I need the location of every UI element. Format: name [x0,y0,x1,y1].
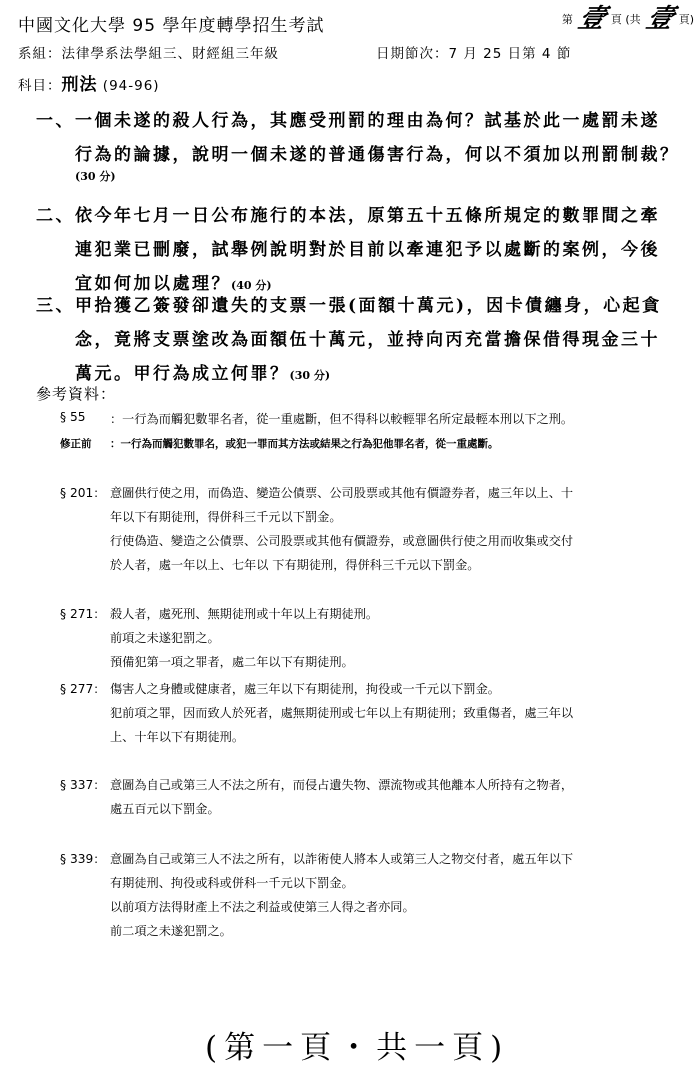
question-points: (30 分) [75,160,116,194]
page-middle: 頁 (共 [611,11,641,27]
article-line: 預備犯第一項之罪者，處二年以下有期徒刑。 [110,653,354,670]
question-points: (30 分) [290,369,331,382]
handwritten-page-number: 壹 [575,6,608,32]
subject-name: 刑法 [62,75,98,95]
question-number: 二、 [36,199,75,233]
question-number: 三、 [36,289,75,323]
subject-label: 科目： [18,78,62,94]
references-title: 參考資料： [36,383,116,404]
article-line: 以前項方法得財產上不法之利益或使第三人得之者亦同。 [110,898,415,915]
article-section: 修正前 [60,436,92,451]
handwritten-total-pages: 壹 [643,6,676,32]
article-line: ：一行為而觸犯數罪名者，從一重處斷，但不得科以較輕罪名所定最輕本刑以下之刑。 [110,410,573,427]
question-text: 萬元。甲行為成立何罪？ [75,364,290,384]
article-line: ：一行為而觸犯數罪名，或犯一罪而其方法或結果之行為犯他罪名者，從一重處斷。 [110,436,499,451]
article-line: 年以下有期徒刑，得併科三千元以下罰金。 [110,508,342,525]
article-line: 於人者，處一年以上、七年以 下有期徒刑，得併科三千元以下罰金。 [110,556,480,573]
exam-title: 中國文化大學 95 學年度轉學招生考試 [18,11,324,36]
question-number: 一、 [36,104,75,138]
article-line: 有期徒刑、拘役或科或併科一千元以下罰金。 [110,874,354,891]
article-line: 殺人者，處死刑、無期徒刑或十年以上有期徒刑。 [110,605,378,622]
page-footer: (第一頁・共一頁) [205,1022,509,1067]
article-line: 意圖供行使之用，而偽造、變造公債票、公司股票或其他有價證券者，處三年以上、十 [110,484,573,501]
question-line: 連犯業已刪廢，試舉例說明對於目前以牽連犯予以處斷的案例，今後 [75,233,660,267]
question-line: 行為的論據，說明一個未遂的普通傷害行為，何以不須加以刑罰制裁？ [75,138,680,172]
date-session: 日期節次：7 月 25 日第 4 節 [376,42,571,62]
article-line: 上、十年以下有期徒刑。 [110,728,244,745]
subject: 科目：刑法 (94-96) [18,70,160,95]
article-line: 前二項之未遂犯罰之。 [110,922,232,939]
article-section: § 201： [60,484,105,501]
article-section: § 271： [60,605,105,622]
article-line: 意圖為自己或第三人不法之所有，而侵占遺失物、漂流物或其他離本人所持有之物者， [110,776,573,793]
article-section: § 55 [60,410,85,424]
article-line: 前項之未遂犯罰之。 [110,629,220,646]
article-line: 處五百元以下罰金。 [110,800,220,817]
article-line: 意圖為自己或第三人不法之所有，以詐術使人將本人或第三人之物交付者，處五年以下 [110,850,573,867]
article-section: § 277： [60,680,105,697]
question-line: 念，竟將支票塗改為面額伍十萬元，並持向丙充當擔保借得現金三十 [75,323,660,357]
article-line: 犯前項之罪，因而致人於死者，處無期徒刑或七年以上有期徒刑；致重傷者，處三年以 [110,704,573,721]
page-suffix: 頁) [679,11,694,27]
article-line: 傷害人之身體或健康者，處三年以下有期徒刑，拘役或一千元以下罰金。 [110,680,500,697]
article-section: § 339： [60,850,105,867]
question-line: 一個未遂的殺人行為，其應受刑罰的理由為何？試基於此一處罰未遂 [75,104,660,138]
article-line: 行使偽造、變造之公債票、公司股票或其他有價證券，或意圖供行使之用而收集或交付 [110,532,573,549]
question-line: 依今年七月一日公布施行的本法，原第五十五條所規定的數罪間之牽 [75,199,660,233]
subject-code: (94-96) [103,78,160,94]
question-line: 甲拾獲乙簽發卻遺失的支票一張(面額十萬元)，因卡債纏身，心起貪 [75,289,662,323]
page-indicator: 第 壹 頁 (共 壹 頁) [562,6,694,32]
department-group: 系組：法律學系法學組三、財經組三年級 [18,42,279,62]
article-section: § 337： [60,776,105,793]
page-prefix: 第 [562,11,573,27]
